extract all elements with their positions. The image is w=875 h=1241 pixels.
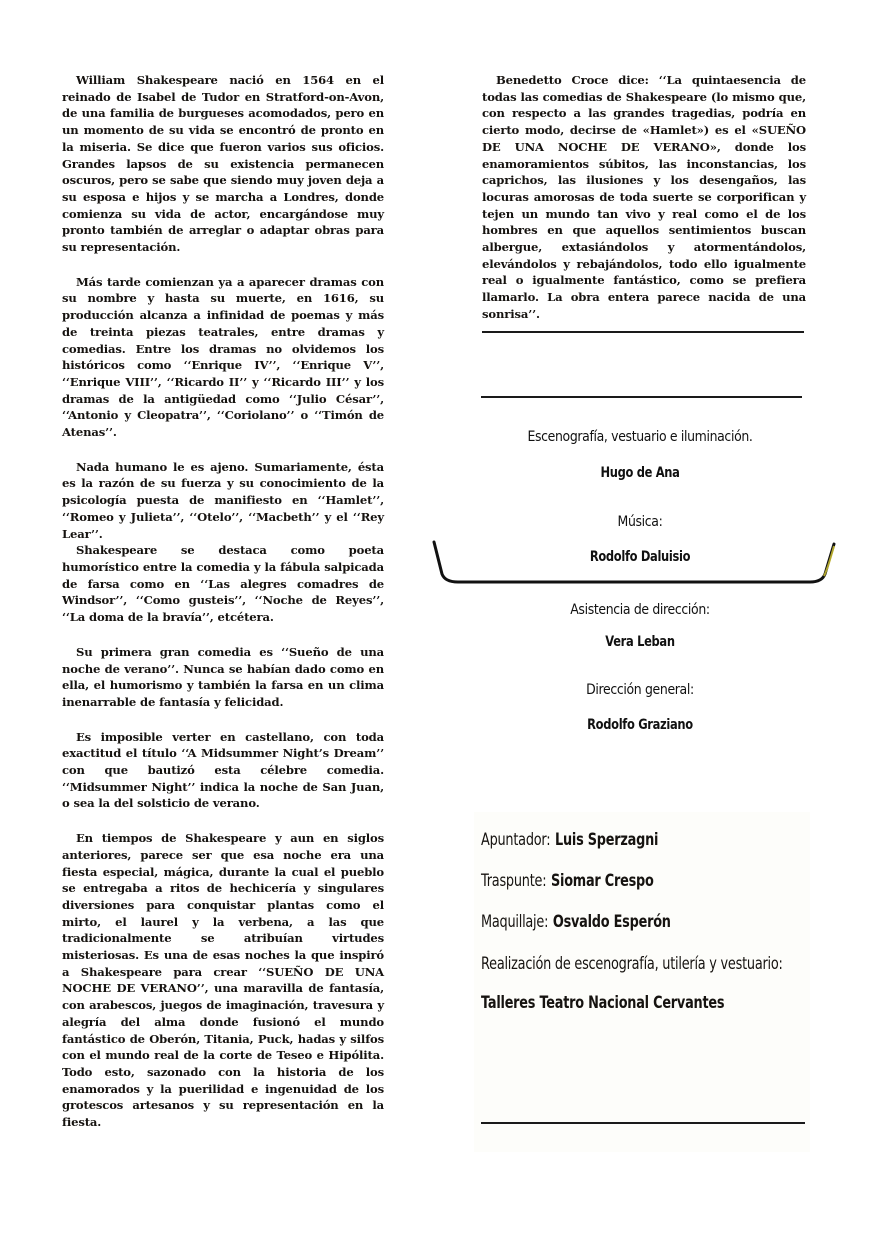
staff-role: Traspunte: xyxy=(481,871,546,890)
paragraph-comedies: Shakespeare se destaca como poeta humorí… xyxy=(62,542,384,626)
credit-role-music: Música: xyxy=(459,513,820,531)
paragraph-title-translation: Es imposible verter en castellano, con t… xyxy=(62,729,384,813)
credit-name-wrapper: Rodolfo Graziano xyxy=(430,716,850,734)
staff-prompter: Apuntador:Luis Sperzagni xyxy=(481,830,658,850)
staff-role: Apuntador: xyxy=(481,830,550,849)
paragraph-works: Más tarde comienzan ya a aparecer dramas… xyxy=(62,274,384,441)
paragraph-biography: William Shakespeare nació en 1564 en el … xyxy=(62,72,384,256)
credit-name-wrapper: Vera Leban xyxy=(430,633,850,651)
staff-makeup: Maquillaje:Osvaldo Esperón xyxy=(481,912,671,932)
bracket-decoration xyxy=(432,540,836,586)
credit-role-wrapper: Dirección general: xyxy=(430,681,850,699)
credit-role-general-direction: Dirección general: xyxy=(459,681,820,699)
credits-block: Escenografía, vestuario e iluminación. xyxy=(430,428,850,446)
credit-role-wrapper: Asistencia de dirección: xyxy=(430,601,850,619)
credit-name-assistant-direction: Vera Leban xyxy=(468,633,812,651)
credit-name-wrapper: Hugo de Ana xyxy=(430,464,850,482)
croce-quote: Benedetto Croce dice: ‘‘La quintaesencia… xyxy=(482,72,806,323)
credit-role-assistant-direction: Asistencia de dirección: xyxy=(459,601,820,619)
paragraph-midsummer-night: En tiempos de Shakespeare y aun en siglo… xyxy=(62,830,384,1131)
credit-name-design: Hugo de Ana xyxy=(468,464,812,482)
paragraph-psychology: Nada humano le es ajeno. Sumariamente, é… xyxy=(62,459,384,543)
paragraph-first-comedy: Su primera gran comedia es ‘‘Sueño de un… xyxy=(62,644,384,711)
divider-rule-2 xyxy=(481,396,802,398)
credit-name-general-direction: Rodolfo Graziano xyxy=(468,716,812,734)
staff-name: Luis Sperzagni xyxy=(555,830,658,849)
divider-rule-1 xyxy=(482,331,804,333)
workshop-role: Realización de escenografía, utilería y … xyxy=(481,954,783,974)
staff-panel xyxy=(474,812,810,1152)
left-column: William Shakespeare nació en 1564 en el … xyxy=(62,72,384,1149)
croce-quote-block: Benedetto Croce dice: ‘‘La quintaesencia… xyxy=(482,72,806,323)
staff-name: Osvaldo Esperón xyxy=(553,912,671,931)
staff-name: Siomar Crespo xyxy=(551,871,654,890)
staff-role: Maquillaje: xyxy=(481,912,548,931)
staff-stage-manager: Traspunte:Siomar Crespo xyxy=(481,871,654,891)
divider-rule-bottom xyxy=(481,1122,805,1124)
workshop-name: Talleres Teatro Nacional Cervantes xyxy=(481,993,724,1013)
credit-role-wrapper: Música: xyxy=(430,513,850,531)
credit-role-design: Escenografía, vestuario e iluminación. xyxy=(459,428,820,446)
